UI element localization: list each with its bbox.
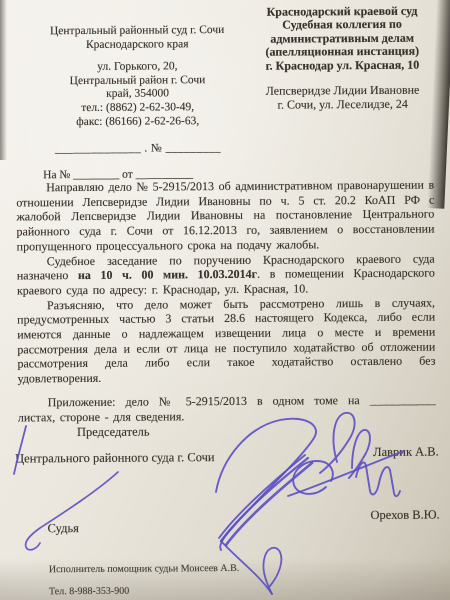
outgoing-number-blank-line: ______________ . № _________ <box>35 142 241 157</box>
sender-address-line: ул. Горького, 20, <box>34 60 240 75</box>
executor-line: Исполнитель помощник судьи Моисеев А.В. <box>49 563 239 575</box>
document-photo: Центральный районный суд г. Сочи Краснод… <box>0 0 450 600</box>
chairman-name: Лаврик А.В. <box>373 445 439 460</box>
attachment-note: Приложение: дело № 5-2915/2013 в одном т… <box>18 392 436 424</box>
paragraph-explanation: Разъясняю, что дело может быть рассмотре… <box>17 295 436 386</box>
recipient-block: Краснодарский краевой суд Судебная колле… <box>241 4 444 112</box>
paragraph-hearing-appointment: Судебное заседание по поручению Краснода… <box>17 251 435 298</box>
court-letter: Центральный районный суд г. Сочи Краснод… <box>0 0 450 600</box>
attachment-line: Приложение: дело № 5-2915/2013 в одном т… <box>18 392 436 410</box>
sender-address-line: край, 354000 <box>35 87 241 102</box>
sender-court-block: Центральный районный суд г. Сочи Краснод… <box>34 24 241 183</box>
sender-court-name-line: Центральный районный суд г. Сочи <box>34 24 240 39</box>
executor-phone-line: Тел. 8-988-353-900 <box>49 586 129 598</box>
addressee-block: Лепсверидзе Лидии Ивановне г. Сочи, ул. … <box>241 83 443 113</box>
chairman-title-line: Председатель <box>77 425 150 441</box>
chairman-title-line: Центрального районного суда г. Сочи <box>15 450 215 466</box>
hearing-date-time: на 10 ч. 00 мин. 10.03.2014г <box>78 267 257 282</box>
sender-court-name-line: Краснодарского края <box>34 37 240 52</box>
sender-fax-line: факс: (86166) 2-62-26-63, <box>35 114 241 129</box>
judge-name: Орехов В.Ю. <box>370 508 439 523</box>
letter-body: Направляю дело № 5-2915/2013 об админист… <box>16 178 436 425</box>
paragraph-case-forwarding: Направляю дело № 5-2915/2013 об админист… <box>16 178 435 254</box>
addressee-address-line: г. Сочи, ул. Леселидзе, 24 <box>242 97 444 113</box>
recipient-court-address-line: г. Краснодар ул. Красная, 10 <box>241 58 443 73</box>
sender-phone-line: тел.: (8862) 2-62-30-49, <box>35 101 241 116</box>
judge-title: Судья <box>48 521 79 536</box>
addressee-name-line: Лепсверидзе Лидии Ивановне <box>241 83 443 99</box>
sender-address-line: Центральный район г. Сочи <box>34 74 240 89</box>
attachment-line: листах, стороне - для сведения. <box>18 407 436 425</box>
